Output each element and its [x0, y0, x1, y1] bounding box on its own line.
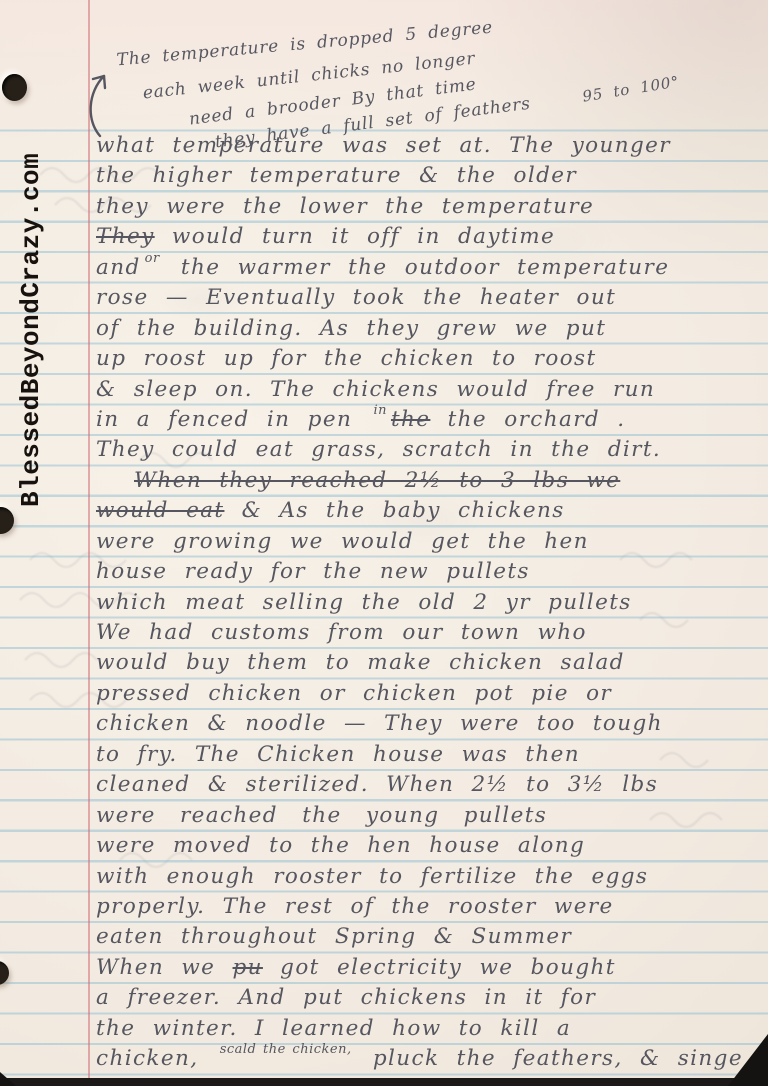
- handwritten-line: chicken, scald the chicken, pluck the fe…: [96, 1046, 756, 1076]
- handwritten-line: the higher temperature & the older: [96, 163, 756, 193]
- handwritten-line: When we pu got electricity we bought: [96, 955, 756, 985]
- handwritten-line: were moved to the hen house along: [96, 833, 756, 863]
- handwritten-line: rose — Eventually took the heater out: [96, 285, 756, 315]
- handwritten-line: would buy them to make chicken salad: [96, 650, 756, 680]
- watermark: BlessedBeyondCrazy.com: [16, 153, 46, 507]
- handwritten-line: what temperature was set at. The younger: [96, 133, 756, 163]
- handwritten-line: andor the warmer the outdoor temperature: [96, 255, 756, 285]
- corner-shadow-bottom-right: [728, 1034, 768, 1086]
- corner-shadow-bottom-left: [0, 1072, 16, 1086]
- handwritten-line: to fry. The Chicken house was then: [96, 742, 756, 772]
- handwritten-line: in a fenced in pen inthe the orchard .: [96, 407, 756, 437]
- margin-line: [88, 0, 90, 1086]
- photo-edge-bottom: [0, 1078, 768, 1086]
- handwritten-line: They could eat grass, scratch in the dir…: [96, 437, 756, 467]
- handwritten-line: were growing we would get the hen: [96, 529, 756, 559]
- handwritten-line: We had customs from our town who: [96, 620, 756, 650]
- handwritten-line: When they reached 2½ to 3 lbs we: [96, 468, 756, 498]
- handwritten-line: cleaned & sterilized. When 2½ to 3½ lbs: [96, 772, 756, 802]
- handwritten-line: with enough rooster to fertilize the egg…: [96, 864, 756, 894]
- main-text: what temperature was set at. The younger…: [96, 133, 756, 1077]
- handwritten-line: properly. The rest of the rooster were: [96, 894, 756, 924]
- handwritten-line: eaten throughout Spring & Summer: [96, 924, 756, 954]
- handwritten-line: up roost up for the chicken to roost: [96, 346, 756, 376]
- handwritten-line: the winter. I learned how to kill a: [96, 1016, 756, 1046]
- handwritten-line: chicken & noodle — They were too tough: [96, 711, 756, 741]
- handwritten-line: of the building. As they grew we put: [96, 316, 756, 346]
- handwritten-line: a freezer. And put chickens in it for: [96, 985, 756, 1015]
- handwritten-line: they were the lower the temperature: [96, 194, 756, 224]
- hole-punch: [2, 74, 27, 101]
- handwritten-line: were reached the young pullets: [96, 803, 756, 833]
- handwritten-line: pressed chicken or chicken pot pie or: [96, 681, 756, 711]
- handwritten-line: which meat selling the old 2 yr pullets: [96, 590, 756, 620]
- handwritten-line: would eat & As the baby chickens: [96, 498, 756, 528]
- insertion-arrow-icon: [80, 62, 120, 142]
- handwritten-line: They would turn it off in daytime: [96, 224, 756, 254]
- handwritten-line: & sleep on. The chickens would free run: [96, 377, 756, 407]
- handwritten-line: house ready for the new pullets: [96, 559, 756, 589]
